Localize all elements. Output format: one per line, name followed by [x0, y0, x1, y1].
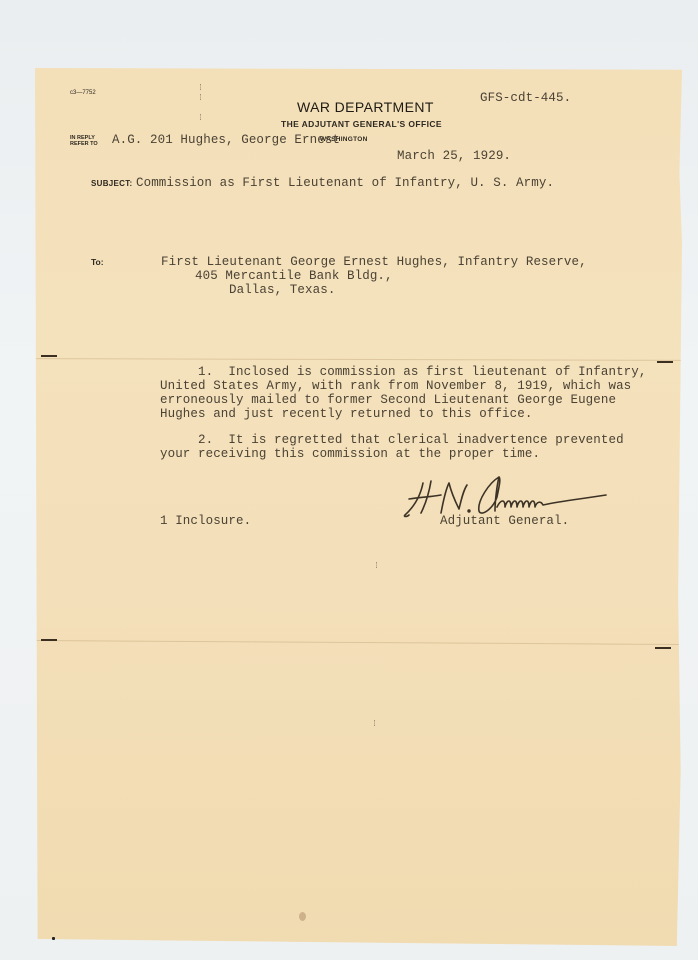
- staple-mark-lower: ⁞: [372, 720, 377, 729]
- office-name: THE ADJUTANT GENERAL'S OFFICE: [281, 119, 442, 129]
- reference-code: GFS-cdt-445.: [480, 91, 571, 105]
- paragraph-1-line: erroneously mailed to former Second Lieu…: [160, 393, 616, 407]
- fold-mark-right-lower: [655, 647, 671, 649]
- paragraph-1-line: United States Army, with rank from Novem…: [160, 379, 631, 393]
- address-line: First Lieutenant George Ernest Hughes, I…: [161, 255, 587, 269]
- fold-mark-left-upper: [41, 355, 57, 357]
- address-line: Dallas, Texas.: [229, 283, 335, 297]
- letter-date: March 25, 1929.: [397, 149, 511, 163]
- paragraph-2-line: your receiving this commission at the pr…: [160, 447, 540, 461]
- letter-paper: c3—7752 WAR DEPARTMENT THE ADJUTANT GENE…: [35, 68, 682, 946]
- reply-reference: A.G. 201 Hughes, George Ernest: [112, 133, 340, 147]
- paragraph-1-line: 1. Inclosed is commission as first lieut…: [160, 365, 646, 379]
- subject-label: SUBJECT:: [91, 179, 133, 188]
- fold-mark-right-upper: [657, 361, 673, 363]
- paragraph-1-line: Hughes and just recently returned to thi…: [160, 407, 532, 421]
- address-line: 405 Mercantile Bank Bldg.,: [195, 269, 393, 283]
- signer-title: Adjutant General.: [440, 514, 569, 528]
- paragraph-2-line: 2. It is regretted that clerical inadver…: [160, 433, 624, 447]
- department-title: WAR DEPARTMENT: [297, 99, 434, 115]
- fold-line-lower: [35, 640, 682, 645]
- to-label: To:: [91, 257, 104, 267]
- fold-line-upper: [35, 358, 682, 361]
- paper-stain: [299, 912, 306, 921]
- scan-speck: [52, 937, 55, 940]
- form-number: c3—7752: [70, 90, 96, 96]
- staple-marks-top: ⁞⁞⁞: [198, 84, 203, 124]
- reply-refer-label: IN REPLY REFER TO: [70, 135, 110, 147]
- enclosure-note: 1 Inclosure.: [160, 514, 251, 528]
- staple-mark-middle: ⁞: [374, 562, 379, 571]
- fold-mark-left-lower: [41, 639, 57, 641]
- subject-text: Commission as First Lieutenant of Infant…: [136, 176, 554, 190]
